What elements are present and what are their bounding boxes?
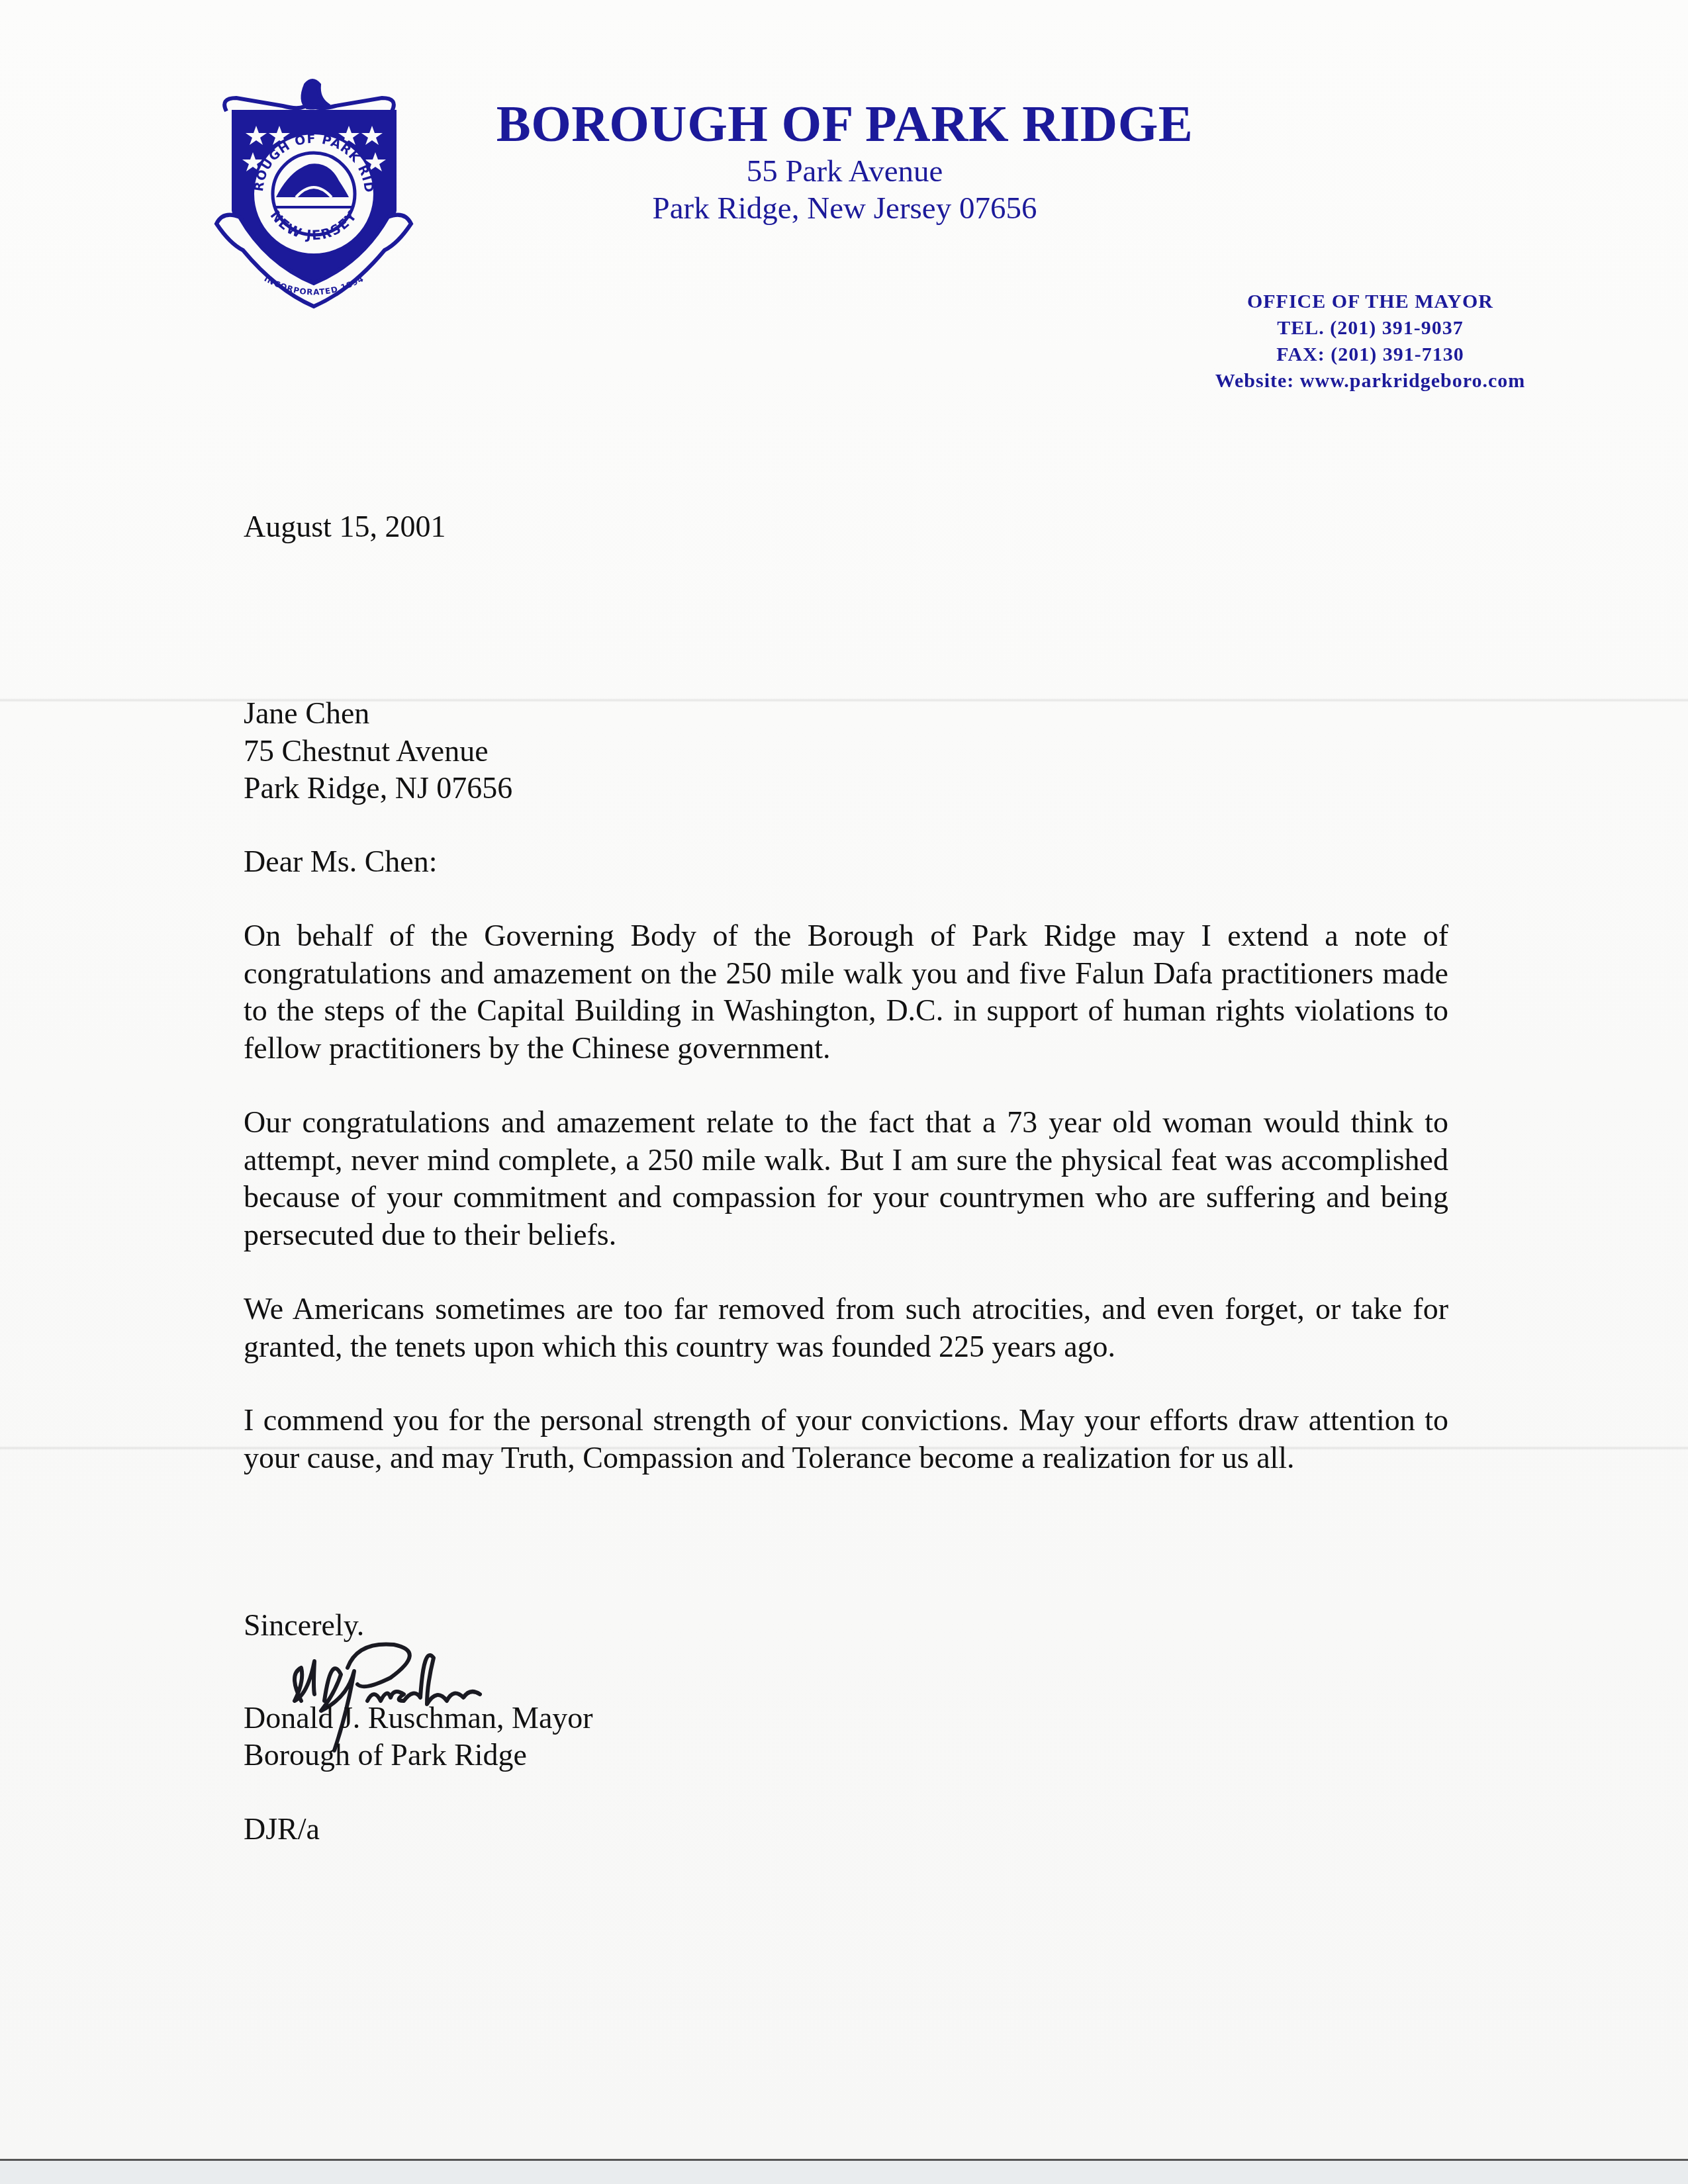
recipient-city: Park Ridge, NJ 07656 (244, 770, 512, 807)
address-line-2: Park Ridge, New Jersey 07656 (487, 191, 1202, 226)
borough-seal-icon: BOROUGH OF PARK RIDGE NEW JERSEY INCORPO… (207, 71, 422, 323)
body-paragraph: I commend you for the personal strength … (244, 1402, 1448, 1477)
body-paragraph: We Americans sometimes are too far remov… (244, 1291, 1448, 1365)
signer-organization: Borough of Park Ridge (244, 1737, 527, 1774)
fax: FAX: (201) 391-7130 (1185, 341, 1556, 368)
reference-initials: DJR/a (244, 1811, 320, 1848)
website-link[interactable]: Website: www.parkridgeboro.com (1185, 368, 1556, 394)
body-paragraph: On behalf of the Governing Body of the B… (244, 917, 1448, 1067)
recipient-street: 75 Chestnut Avenue (244, 733, 489, 770)
scan-bottom-edge (0, 2159, 1688, 2184)
letter-date: August 15, 2001 (244, 508, 445, 545)
recipient-name: Jane Chen (244, 695, 369, 732)
salutation: Dear Ms. Chen: (244, 843, 438, 880)
organization-name: BOROUGH OF PARK RIDGE (487, 94, 1202, 154)
address-line-1: 55 Park Avenue (487, 154, 1202, 189)
signer-name-title: Donald J. Ruschman, Mayor (244, 1700, 593, 1737)
body-paragraph: Our congratulations and amazement relate… (244, 1104, 1448, 1253)
mayor-office-contact: OFFICE OF THE MAYOR TEL. (201) 391-9037 … (1185, 289, 1556, 394)
office-label: OFFICE OF THE MAYOR (1185, 289, 1556, 315)
telephone: TEL. (201) 391-9037 (1185, 315, 1556, 341)
